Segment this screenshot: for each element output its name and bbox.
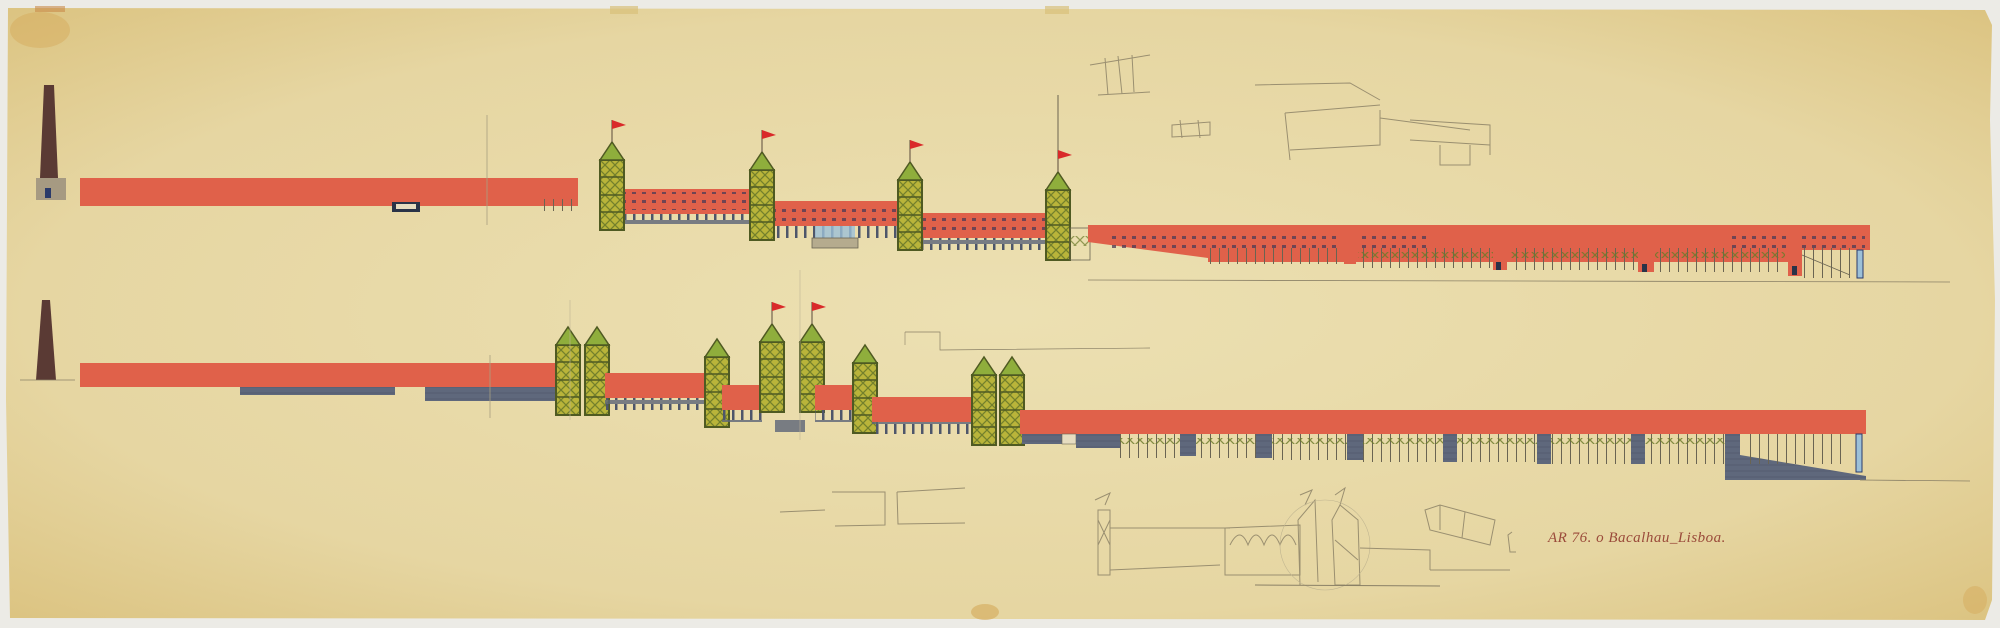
paper-sheet bbox=[6, 8, 1995, 620]
tower bbox=[600, 142, 624, 230]
stain bbox=[10, 12, 70, 48]
wall-left bbox=[80, 178, 578, 206]
drawing-annotation: AR 76. o Bacalhau_Lisboa. bbox=[1548, 530, 1726, 547]
